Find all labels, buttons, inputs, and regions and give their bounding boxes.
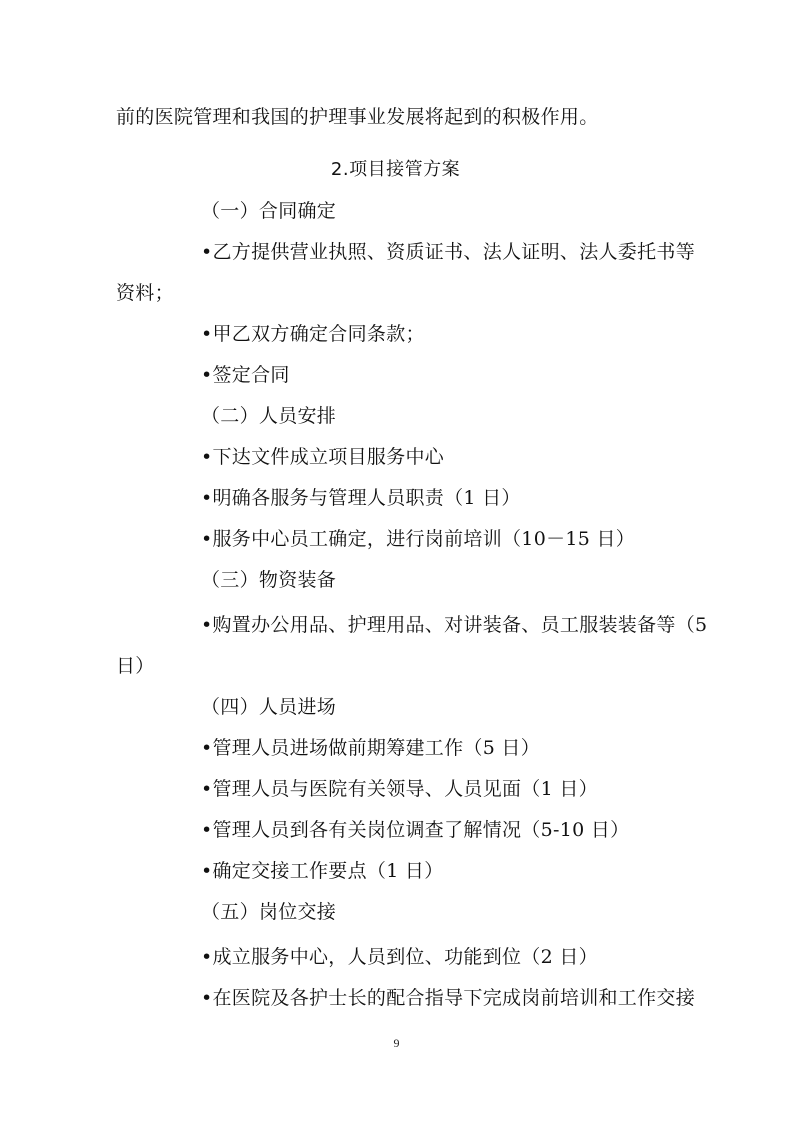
intro-continuation-text: 前的医院管理和我国的护理事业发展将起到的积极作用。 [116, 106, 599, 128]
subsection-heading-handover: （五）岗位交接 [201, 901, 336, 923]
subsection-heading-supplies: （三）物资装备 [201, 569, 336, 591]
subsection-heading-contract: （一）合同确定 [201, 200, 336, 222]
document-page: 前的医院管理和我国的护理事业发展将起到的积极作用。 2.项目接管方案 （一）合同… [0, 0, 793, 1122]
list-item: •在医院及各护士长的配合指导下完成岗前培训和工作交接 [201, 987, 695, 1009]
list-item: •确定交接工作要点（1 日） [201, 860, 444, 882]
list-item: •服务中心员工确定，进行岗前培训（10－15 日） [201, 528, 635, 550]
list-item: •成立服务中心，人员到位、功能到位（2 日） [201, 946, 598, 968]
list-item: •管理人员进场做前期筹建工作（5 日） [201, 737, 540, 759]
list-item: •明确各服务与管理人员职责（1 日） [201, 487, 521, 509]
page-number: 9 [0, 1036, 793, 1051]
list-item: •甲乙双方确定合同条款； [201, 323, 425, 345]
list-item: •签定合同 [201, 364, 290, 386]
list-item-continuation: 日） [116, 655, 155, 677]
list-item: •下达文件成立项目服务中心 [201, 446, 444, 468]
subsection-heading-staffing: （二）人员安排 [201, 405, 336, 427]
list-item: •购置办公用品、护理用品、对讲装备、员工服装装备等（5 [201, 614, 707, 636]
list-item: •管理人员与医院有关领导、人员见面（1 日） [201, 778, 598, 800]
list-item-continuation: 资料； [116, 282, 174, 304]
list-item: •管理人员到各有关岗位调查了解情况（5-10 日） [201, 819, 629, 841]
list-item: •乙方提供营业执照、资质证书、法人证明、法人委托书等 [201, 241, 695, 263]
section-title: 2.项目接管方案 [0, 159, 793, 181]
subsection-heading-onboarding: （四）人员进场 [201, 696, 336, 718]
section-title-text: 2.项目接管方案 [331, 159, 460, 181]
